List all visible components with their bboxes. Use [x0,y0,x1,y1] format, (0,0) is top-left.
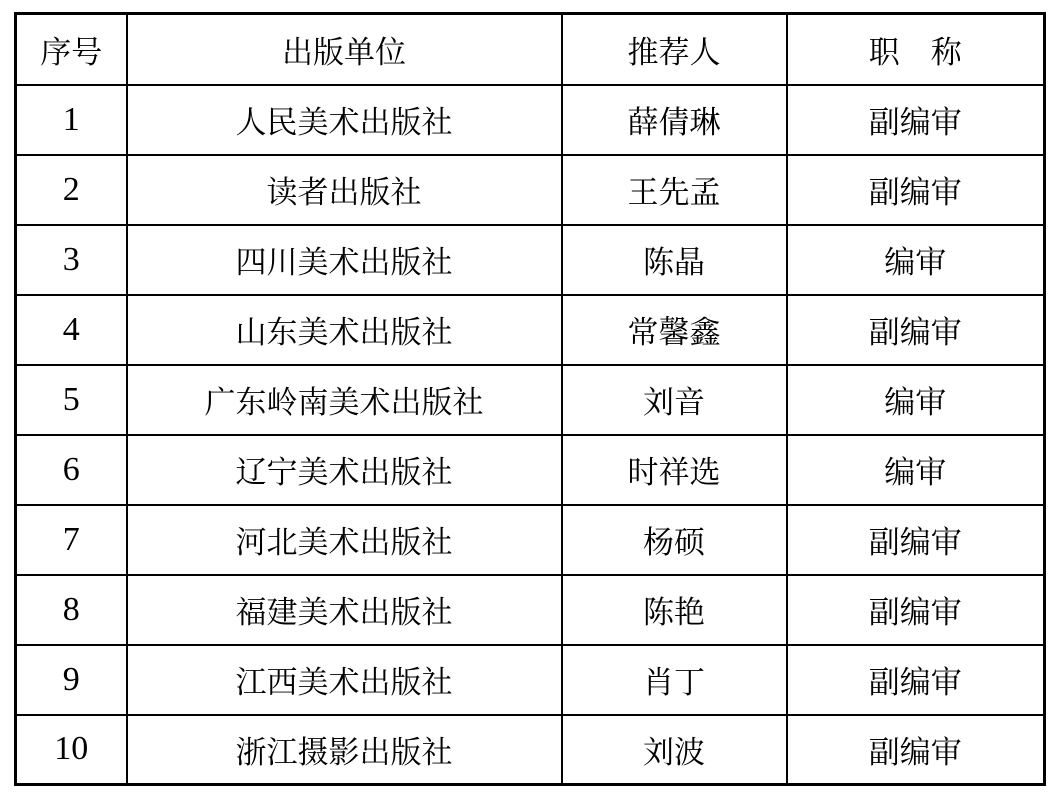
cell-recommender: 常馨鑫 [562,295,787,365]
cell-title: 编审 [787,435,1045,505]
cell-title: 副编审 [787,85,1045,155]
table-row: 7河北美术出版社杨硕副编审 [16,505,1045,575]
cell-index: 10 [16,715,127,785]
cell-publisher: 浙江摄影出版社 [127,715,562,785]
cell-recommender: 刘波 [562,715,787,785]
cell-index: 9 [16,645,127,715]
cell-index: 4 [16,295,127,365]
document-page: 序号 出版单位 推荐人 职 称 1人民美术出版社薛倩琳副编审2读者出版社王先孟副… [0,0,1060,808]
col-header-title: 职 称 [787,14,1045,85]
cell-index: 6 [16,435,127,505]
cell-title: 副编审 [787,715,1045,785]
cell-publisher: 读者出版社 [127,155,562,225]
table-row: 4山东美术出版社常馨鑫副编审 [16,295,1045,365]
table-row: 6辽宁美术出版社时祥选编审 [16,435,1045,505]
cell-title: 副编审 [787,575,1045,645]
cell-index: 3 [16,225,127,295]
cell-index: 8 [16,575,127,645]
cell-recommender: 杨硕 [562,505,787,575]
cell-recommender: 王先孟 [562,155,787,225]
cell-recommender: 刘音 [562,365,787,435]
table-row: 1人民美术出版社薛倩琳副编审 [16,85,1045,155]
cell-title: 副编审 [787,505,1045,575]
cell-title: 编审 [787,365,1045,435]
cell-publisher: 四川美术出版社 [127,225,562,295]
cell-index: 7 [16,505,127,575]
cell-index: 2 [16,155,127,225]
cell-publisher: 人民美术出版社 [127,85,562,155]
cell-publisher: 河北美术出版社 [127,505,562,575]
cell-publisher: 辽宁美术出版社 [127,435,562,505]
cell-publisher: 广东岭南美术出版社 [127,365,562,435]
col-header-index: 序号 [16,14,127,85]
cell-title: 副编审 [787,295,1045,365]
cell-recommender: 薛倩琳 [562,85,787,155]
cell-index: 5 [16,365,127,435]
header-row: 序号 出版单位 推荐人 职 称 [16,14,1045,85]
table-row: 10浙江摄影出版社刘波副编审 [16,715,1045,785]
table-row: 9江西美术出版社肖丁副编审 [16,645,1045,715]
cell-recommender: 陈晶 [562,225,787,295]
cell-recommender: 时祥选 [562,435,787,505]
cell-publisher: 山东美术出版社 [127,295,562,365]
table-row: 2读者出版社王先孟副编审 [16,155,1045,225]
cell-publisher: 福建美术出版社 [127,575,562,645]
cell-title: 副编审 [787,645,1045,715]
cell-publisher: 江西美术出版社 [127,645,562,715]
cell-index: 1 [16,85,127,155]
col-header-recommender: 推荐人 [562,14,787,85]
table-row: 5广东岭南美术出版社刘音编审 [16,365,1045,435]
cell-recommender: 陈艳 [562,575,787,645]
col-header-publisher: 出版单位 [127,14,562,85]
table-row: 3四川美术出版社陈晶编审 [16,225,1045,295]
cell-title: 副编审 [787,155,1045,225]
table-body: 1人民美术出版社薛倩琳副编审2读者出版社王先孟副编审3四川美术出版社陈晶编审4山… [16,85,1045,785]
recommenders-table: 序号 出版单位 推荐人 职 称 1人民美术出版社薛倩琳副编审2读者出版社王先孟副… [14,12,1046,786]
cell-title: 编审 [787,225,1045,295]
table-row: 8福建美术出版社陈艳副编审 [16,575,1045,645]
cell-recommender: 肖丁 [562,645,787,715]
